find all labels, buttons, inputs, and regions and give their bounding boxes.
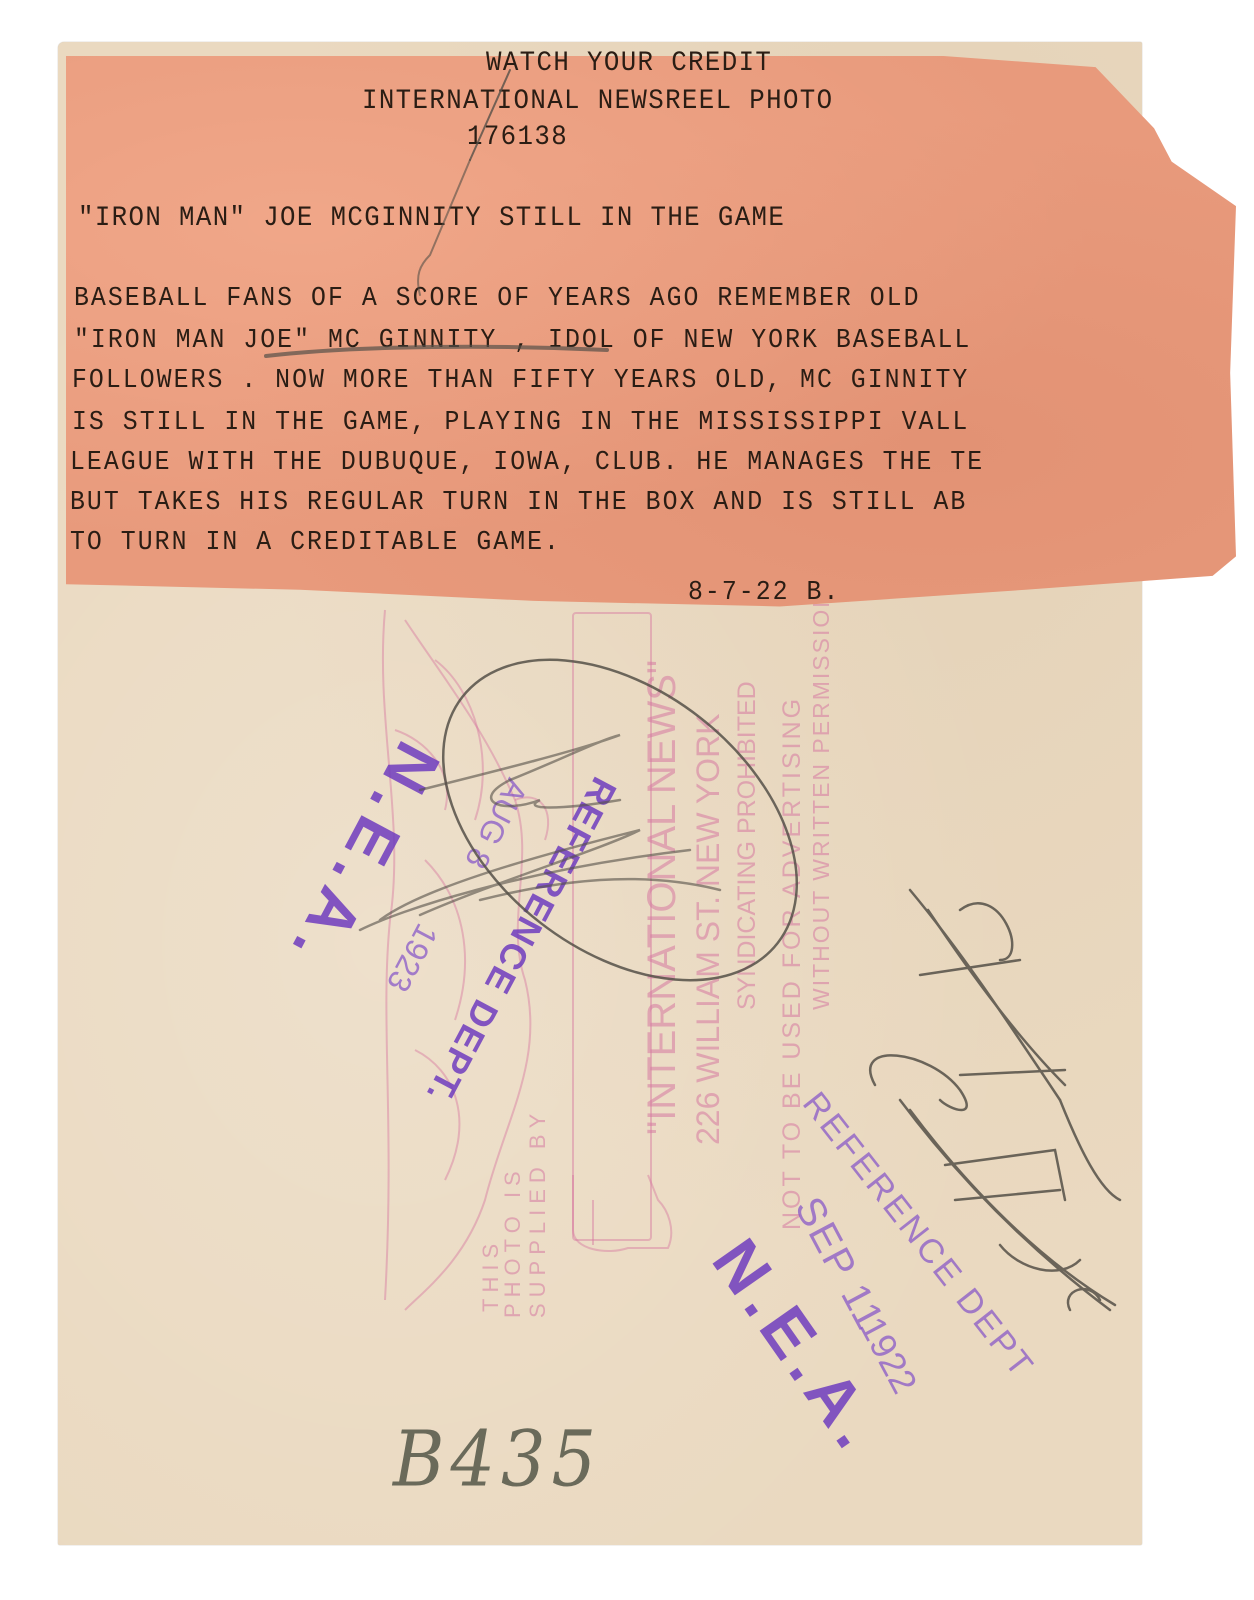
- body-line: LEAGUE WITH THE DUBUQUE, IOWA, CLUB. HE …: [70, 450, 984, 477]
- handwritten-code: B435: [393, 1414, 602, 1504]
- stamp-banner-text: "INTERNATIONAL NEWS": [640, 660, 685, 1135]
- headline: "IRON MAN" JOE MCGINNITY STILL IN THE GA…: [78, 205, 785, 233]
- header-agency: INTERNATIONAL NEWSREEL PHOTO: [362, 88, 833, 116]
- stamp-notice-2: NOT TO BE USED FOR ADVERTISING: [778, 696, 807, 1230]
- stamp-notice-1: SYNDICATING PROHIBITED: [733, 681, 762, 1010]
- dateline: 8-7-22 B.: [688, 580, 840, 607]
- body-line: FOLLOWERS . NOW MORE THAN FIFTY YEARS OL…: [72, 368, 969, 395]
- header-credit: WATCH YOUR CREDIT: [486, 50, 772, 78]
- stamp-supplied-2: PHOTO IS: [500, 1165, 526, 1318]
- photo-number: 176138: [467, 124, 568, 152]
- stamp-supplied-3: SUPPLIED BY: [525, 1108, 551, 1318]
- body-line: IS STILL IN THE GAME, PLAYING IN THE MIS…: [72, 410, 969, 437]
- body-line: "IRON MAN JOE" MC GINNITY , IDOL OF NEW …: [74, 328, 971, 355]
- body-line: BUT TAKES HIS REGULAR TURN IN THE BOX AN…: [70, 490, 967, 517]
- stamp-notice-3: WITHOUT WRITTEN PERMISSION: [808, 589, 835, 1010]
- scroll-icon: [568, 1170, 678, 1260]
- stamp-address: 226 WILLIAM ST. NEW YORK: [690, 713, 727, 1145]
- body-line: BASEBALL FANS OF A SCORE OF YEARS AGO RE…: [74, 286, 921, 313]
- body-line: TO TURN IN A CREDITABLE GAME.: [70, 530, 561, 557]
